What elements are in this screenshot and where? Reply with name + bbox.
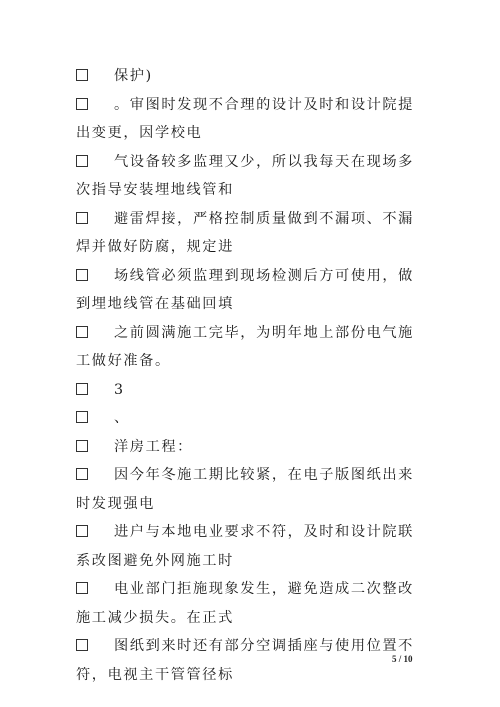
- list-item: 洋房工程：: [76, 433, 426, 462]
- checkbox-bullet-icon: [76, 525, 88, 537]
- list-item: 、: [76, 404, 426, 433]
- list-item: 进户与本地电业要求不符，及时和设计院联系改图避免外网施工时: [76, 518, 426, 575]
- list-item-text: 避雷焊接，严格控制质量做到不漏项、不漏焊并做好防腐，规定进: [76, 211, 414, 256]
- page-number: 5 / 10: [392, 654, 413, 664]
- document-page: 保护) 。审图时发现不合理的设计及时和设计院提出变更，因学校电 气设备较多监理又…: [0, 0, 500, 707]
- list-item-text: 进户与本地电业要求不符，及时和设计院联系改图避免外网施工时: [76, 524, 414, 569]
- checkbox-bullet-icon: [76, 440, 88, 452]
- list-item: 电业部门拒施现象发生，避免造成二次整改施工减少损失。在正式: [76, 575, 426, 632]
- checkbox-bullet-icon: [76, 212, 88, 224]
- list-item: 3: [76, 376, 426, 405]
- checkbox-bullet-icon: [76, 383, 88, 395]
- list-item-text: 气设备较多监理又少，所以我每天在现场多次指导安装埋地线管和: [76, 154, 414, 199]
- checkbox-bullet-icon: [76, 411, 88, 423]
- list-item: 图纸到来时还有部分空调插座与使用位置不符，电视主干管管径标: [76, 632, 426, 689]
- checkbox-bullet-icon: [76, 98, 88, 110]
- list-item: 气设备较多监理又少，所以我每天在现场多次指导安装埋地线管和: [76, 148, 426, 205]
- list-item: 避雷焊接，严格控制质量做到不漏项、不漏焊并做好防腐，规定进: [76, 205, 426, 262]
- list-item-text: 。审图时发现不合理的设计及时和设计院提出变更，因学校电: [76, 97, 414, 142]
- checkbox-bullet-icon: [76, 639, 88, 651]
- list-item-text: 、: [114, 410, 130, 426]
- list-item-text: 因今年冬施工期比较紧，在电子版图纸出来时发现强电: [76, 467, 414, 512]
- list-item-text: 保护): [114, 68, 153, 84]
- checkbox-bullet-icon: [76, 582, 88, 594]
- list-item: 因今年冬施工期比较紧，在电子版图纸出来时发现强电: [76, 461, 426, 518]
- list-item-text: 电业部门拒施现象发生，避免造成二次整改施工减少损失。在正式: [76, 581, 414, 626]
- list-item-text: 之前圆满施工完毕，为明年地上部份电气施工做好准备。: [76, 325, 414, 370]
- list-item-text: 洋房工程：: [114, 439, 193, 455]
- checkbox-bullet-icon: [76, 69, 88, 81]
- checkbox-bullet-icon: [76, 326, 88, 338]
- list-item: 保护): [76, 62, 426, 91]
- checkbox-bullet-icon: [76, 468, 88, 480]
- list-item-text: 3: [114, 382, 125, 398]
- list-item: 场线管必须监理到现场检测后方可使用，做到埋地线管在基础回填: [76, 262, 426, 319]
- document-body: 保护) 。审图时发现不合理的设计及时和设计院提出变更，因学校电 气设备较多监理又…: [76, 62, 426, 689]
- list-item-text: 场线管必须监理到现场检测后方可使用，做到埋地线管在基础回填: [76, 268, 414, 313]
- list-item: 。审图时发现不合理的设计及时和设计院提出变更，因学校电: [76, 91, 426, 148]
- list-item-text: 图纸到来时还有部分空调插座与使用位置不符，电视主干管管径标: [76, 638, 414, 683]
- list-item: 之前圆满施工完毕，为明年地上部份电气施工做好准备。: [76, 319, 426, 376]
- checkbox-bullet-icon: [76, 269, 88, 281]
- checkbox-bullet-icon: [76, 155, 88, 167]
